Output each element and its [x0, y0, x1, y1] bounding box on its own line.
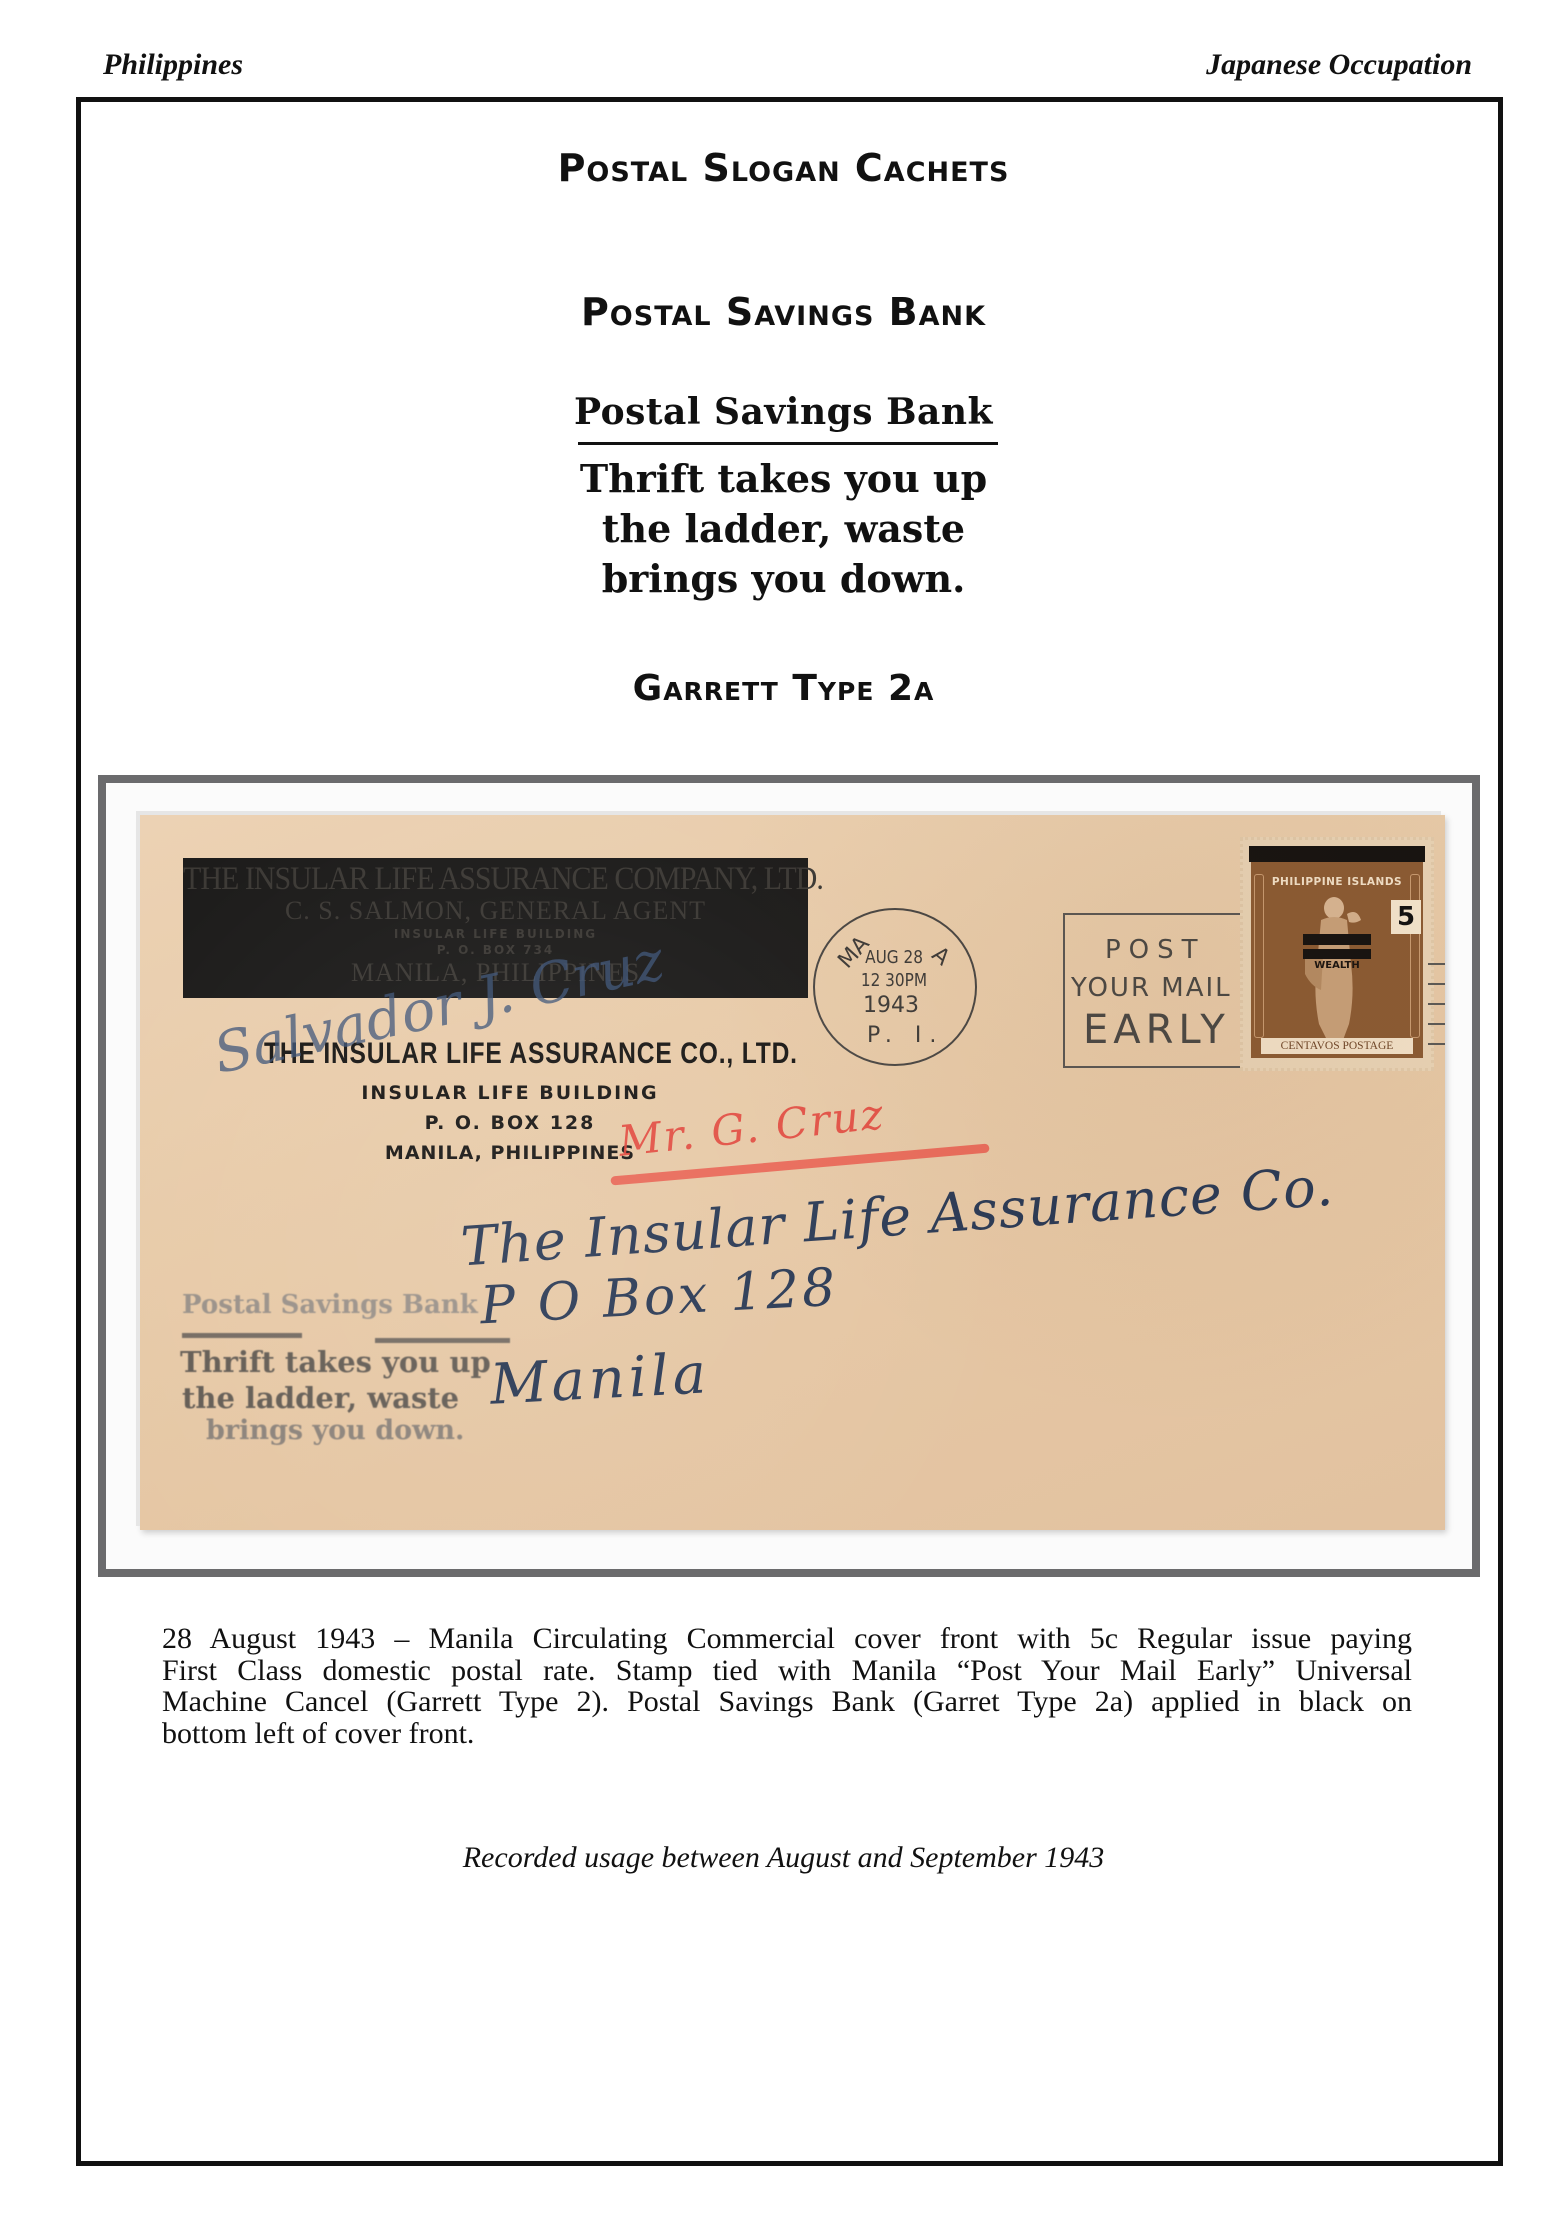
description-line: 28 August 1943 – Manila Circulating Comm…: [162, 1623, 1412, 1655]
postage-stamp: PHILIPPINE ISLANDS 5 WEALTH CENTAVOS POS…: [1240, 837, 1434, 1071]
stamp-design: PHILIPPINE ISLANDS 5 WEALTH CENTAVOS POS…: [1251, 850, 1423, 1058]
postmark-time: 12 30PM: [861, 971, 927, 991]
cachet-type-label: Garrett Type 2a: [0, 667, 1567, 711]
cachet-illustration-line: Thrift takes you up: [0, 456, 1567, 502]
slogan-machine-cancel: POST YOUR MAIL EARLY: [1063, 913, 1265, 1068]
savings-cachet-line: brings you down.: [206, 1415, 464, 1446]
overprint-bar: [1303, 949, 1371, 959]
savings-cachet-line: the ladder, waste: [182, 1381, 459, 1415]
slogan-line: YOUR MAIL: [1071, 973, 1232, 1003]
stamp-caption: CENTAVOS POSTAGE: [1261, 1038, 1413, 1054]
cancel-wavy-line: [1428, 963, 1445, 965]
header-country: Philippines: [103, 47, 243, 83]
stamp-border-ornament: [1254, 874, 1264, 1038]
cancel-wavy-line: [1428, 1003, 1445, 1005]
slogan-line: POST: [1105, 935, 1206, 965]
savings-cachet-rule: [375, 1338, 510, 1343]
stamp-value: 5: [1391, 900, 1421, 934]
header-period: Japanese Occupation: [1206, 47, 1472, 83]
cancel-wavy-line: [1428, 1023, 1445, 1025]
handwritten-address-line: The Insular Life Assurance Co.: [459, 1155, 1336, 1279]
savings-cachet-rule: [182, 1333, 302, 1338]
description-line: bottom left of cover front.: [162, 1718, 1412, 1750]
page-title: Postal Slogan Cachets: [0, 146, 1567, 190]
postmark-date: AUG 28: [865, 948, 923, 968]
description-line: First Class domestic postal rate. Stamp …: [162, 1655, 1412, 1687]
postmark-state: P. I.: [867, 1024, 944, 1048]
description-line: Machine Cancel (Garrett Type 2). Postal …: [162, 1686, 1412, 1718]
return-address-line: INSULAR LIFE BUILDING: [210, 1081, 810, 1105]
cachet-illustration-heading: Postal Savings Bank: [0, 390, 1567, 434]
overprint-top-bar: [1249, 846, 1425, 862]
savings-cachet-line: Thrift takes you up: [180, 1345, 491, 1379]
cover-front-image: THE INSULAR LIFE ASSURANCE COMPANY, LTD.…: [140, 815, 1445, 1530]
stamp-border-ornament: [1410, 874, 1420, 1038]
stamp-overprinted-word: WEALTH: [1307, 960, 1367, 971]
postmark-year: 1943: [863, 994, 919, 1018]
manila-postmark: MA A AUG 28 12 30PM 1943 P. I.: [813, 908, 977, 1066]
savings-cachet-heading: Postal Savings Bank: [182, 1290, 478, 1320]
postmark-city: A: [927, 942, 955, 971]
cachet-illustration-rule: [578, 442, 998, 445]
section-title: Postal Savings Bank: [0, 290, 1567, 334]
recorded-usage-note: Recorded usage between August and Septem…: [0, 1840, 1567, 1876]
slogan-line: EARLY: [1083, 1007, 1230, 1053]
cancel-wavy-line: [1428, 983, 1445, 985]
corner-card-line: P. O. BOX 734: [183, 942, 808, 958]
handwritten-address-line: Manila: [488, 1341, 711, 1417]
cachet-illustration-line: the ladder, waste: [0, 506, 1567, 552]
overprint-bar: [1303, 934, 1371, 945]
corner-card-line: C. S. SALMON, GENERAL AGENT: [183, 896, 808, 926]
cancel-wavy-line: [1428, 1043, 1445, 1045]
stamp-country: PHILIPPINE ISLANDS: [1259, 876, 1415, 888]
corner-card-line: INSULAR LIFE BUILDING: [183, 926, 808, 942]
corner-card-line: THE INSULAR LIFE ASSURANCE COMPANY, LTD.: [183, 860, 808, 897]
cachet-illustration-line: brings you down.: [0, 556, 1567, 602]
